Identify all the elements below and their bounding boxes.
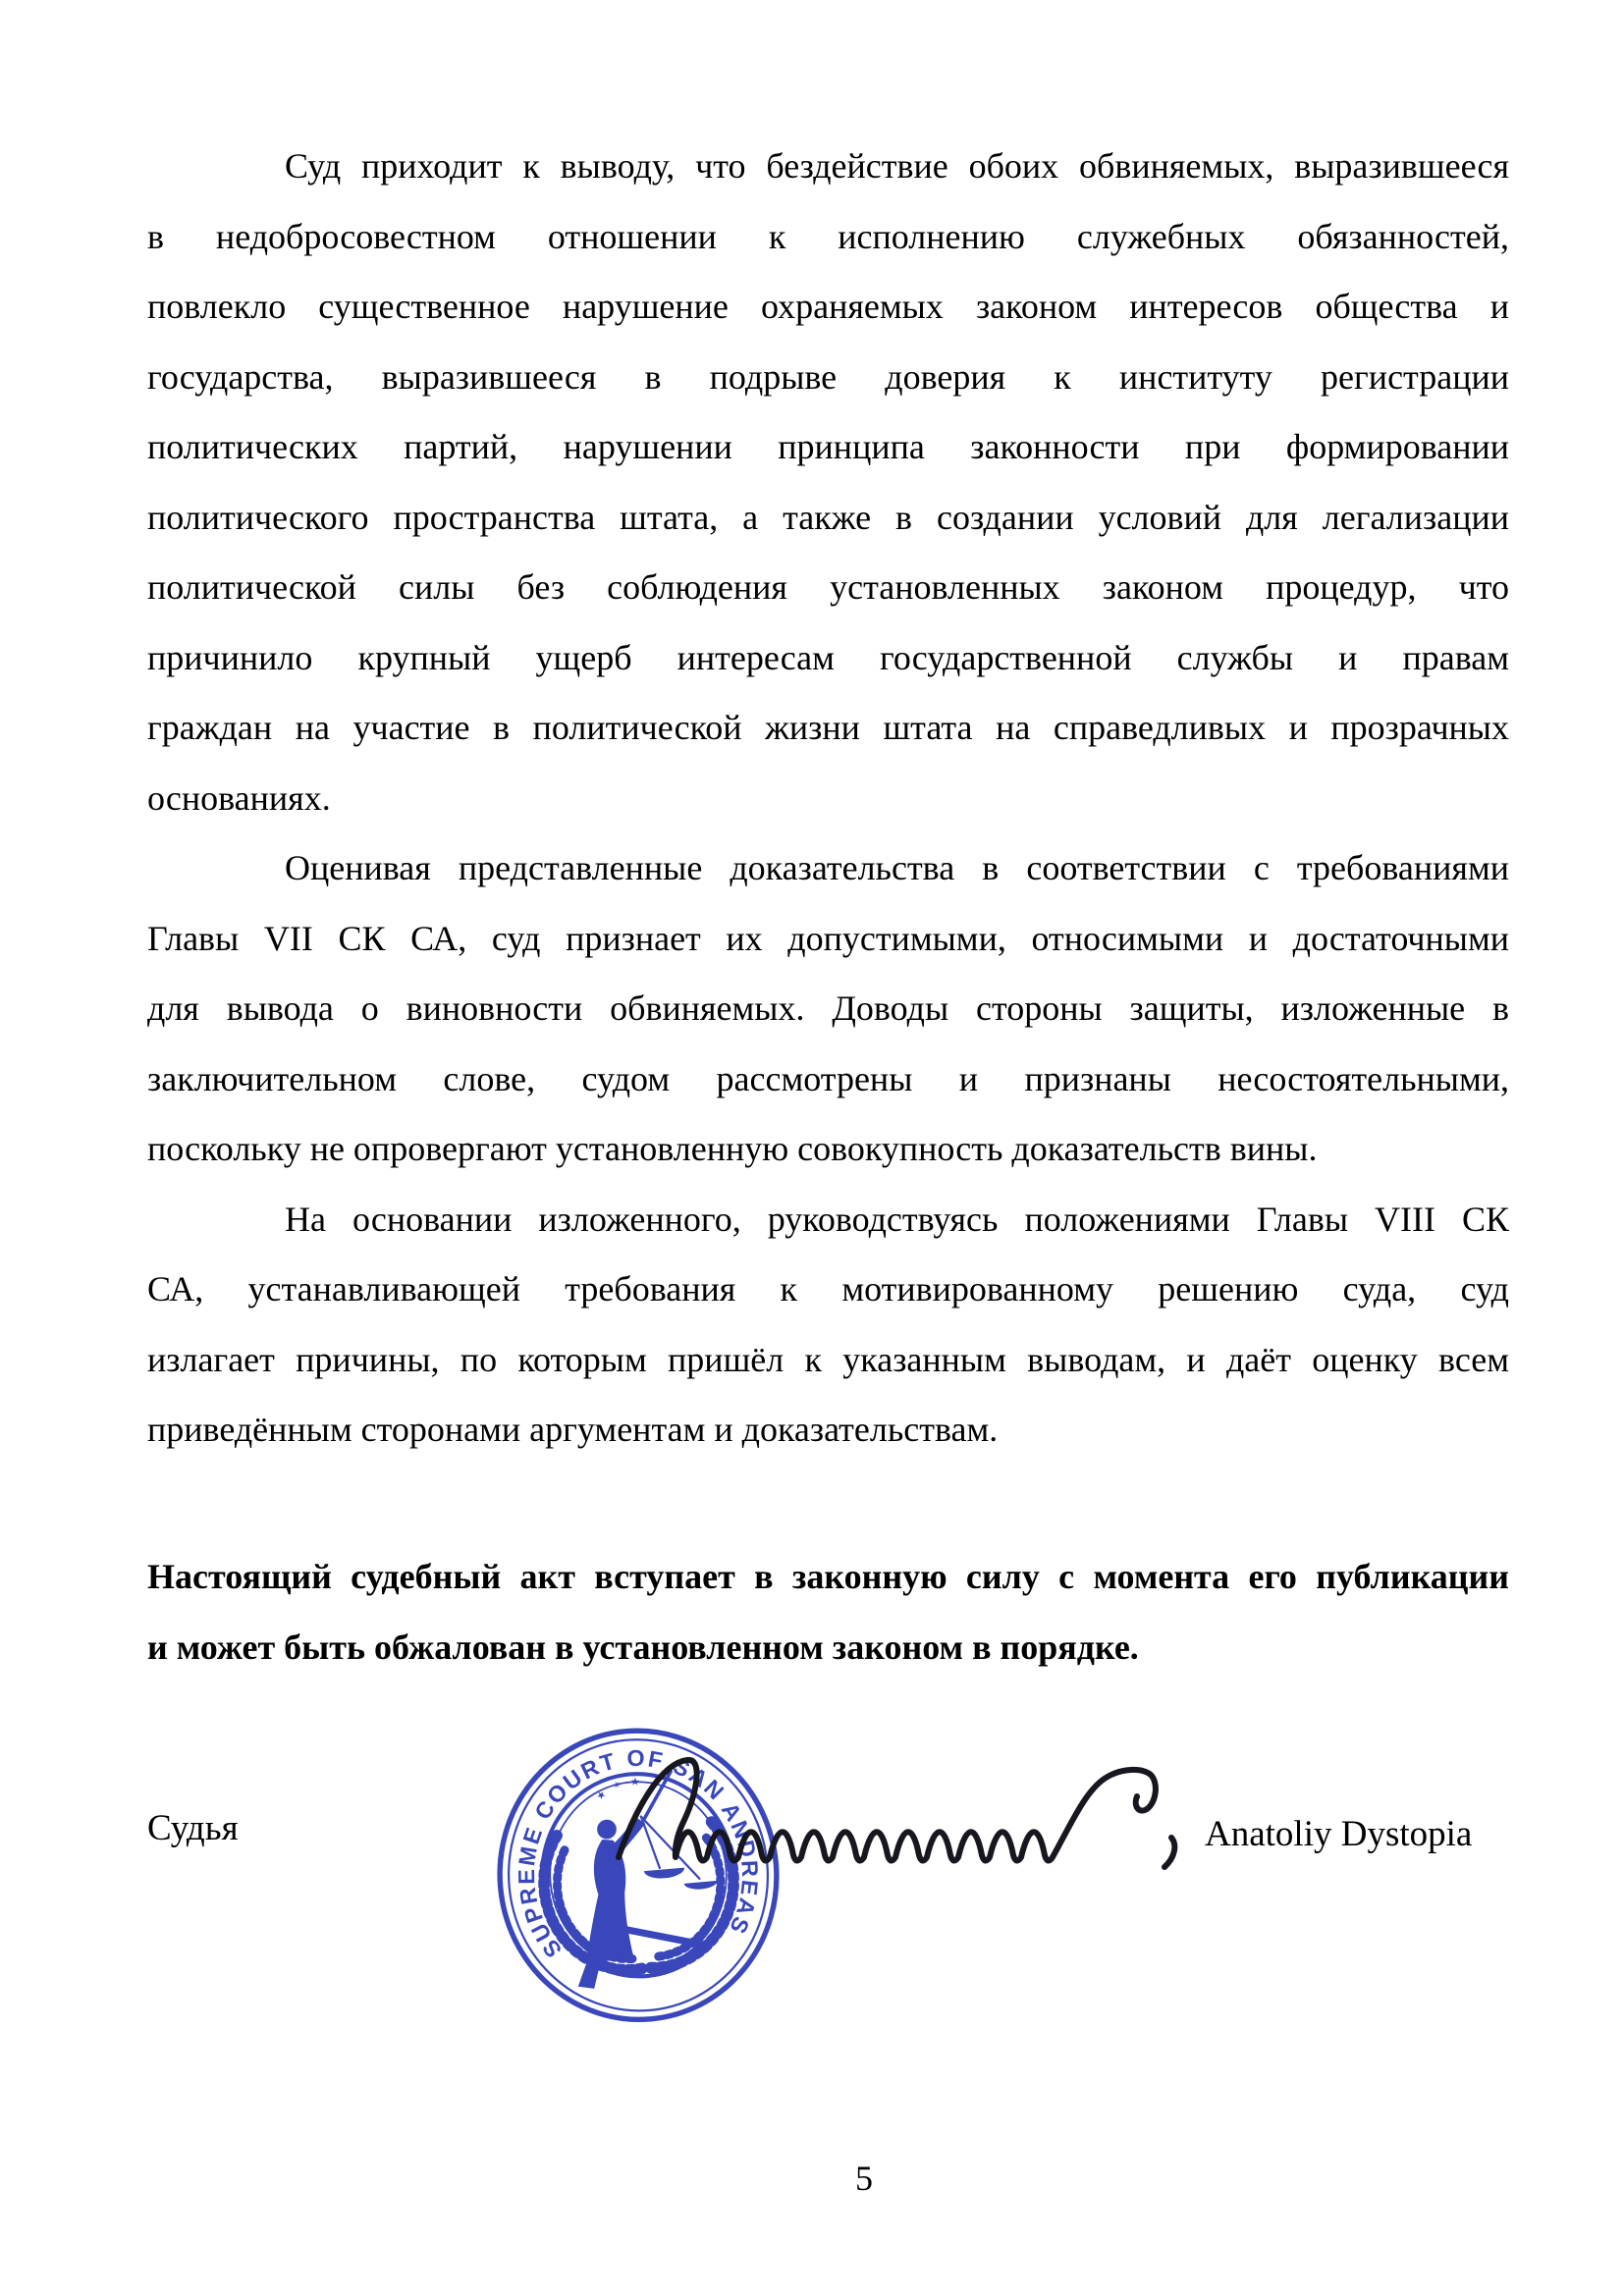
- paragraph-line: основаниях.: [147, 764, 1509, 834]
- paragraph-line: приведённым сторонами аргументам и доказ…: [147, 1395, 1509, 1466]
- paragraph-line: в недобросовестном отношении к исполнени…: [147, 202, 1509, 273]
- paragraph-line: государства, выразившееся в подрыве дове…: [147, 343, 1509, 413]
- paragraph-line: политического пространства штата, а такж…: [147, 483, 1509, 554]
- paragraph-line: излагает причины, по которым пришёл к ук…: [147, 1325, 1509, 1396]
- paragraph-line: На основании изложенного, руководствуясь…: [147, 1185, 1509, 1255]
- paragraph-line: причинило крупный ущерб интересам госуда…: [147, 623, 1509, 694]
- paragraph-line: повлекло существенное нарушение охраняем…: [147, 272, 1509, 343]
- page-number: 5: [837, 2158, 892, 2199]
- paragraph-line: политической силы без соблюдения установ…: [147, 553, 1509, 623]
- ruling-line: и может быть обжалован в установленном з…: [147, 1613, 1509, 1683]
- signature-stroke: [619, 1760, 1156, 1861]
- paragraph-line: Главы VII СК СА, суд признает их допусти…: [147, 904, 1509, 975]
- paragraph-line: для вывода о виновности обвиняемых. Дово…: [147, 974, 1509, 1044]
- paragraph-line: поскольку не опровергают установленную с…: [147, 1114, 1509, 1185]
- paragraph-line: Оценивая представленные доказательства в…: [147, 833, 1509, 904]
- judge-name: Anatoliy Dystopia: [1205, 1813, 1472, 1855]
- paragraph-line: граждан на участие в политической жизни …: [147, 693, 1509, 764]
- judge-signature-ink: [579, 1747, 1227, 1885]
- signature-comma: [1164, 1838, 1174, 1867]
- document-page: Суд приходит к выводу, что бездействие о…: [0, 0, 1623, 2296]
- judge-label: Судья: [147, 1807, 239, 1849]
- paragraph-line: СА, устанавливающей требования к мотивир…: [147, 1255, 1509, 1325]
- ruling-paragraph: Настоящий судебный акт вступает в законн…: [147, 1542, 1509, 1682]
- ruling-line: Настоящий судебный акт вступает в законн…: [147, 1542, 1509, 1613]
- paragraph-line: политических партий, нарушении принципа …: [147, 412, 1509, 483]
- body-text: Суд приходит к выводу, что бездействие о…: [147, 132, 1509, 1466]
- paragraph-line: Суд приходит к выводу, что бездействие о…: [147, 132, 1509, 202]
- paragraph-line: заключительном слове, судом рассмотрены …: [147, 1044, 1509, 1115]
